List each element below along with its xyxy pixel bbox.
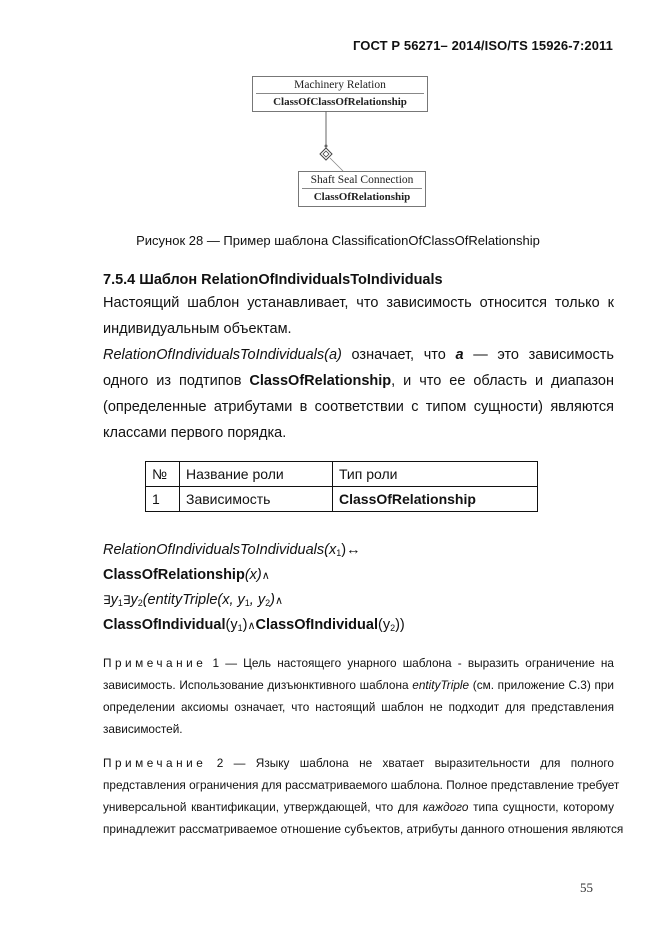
- text-line: универсальной квантификации, утверждающе…: [103, 796, 614, 818]
- table-header-row: № Название роли Тип роли: [146, 462, 538, 487]
- uml-box-shaft-seal-connection: Shaft Seal Connection ClassOfRelationshi…: [298, 171, 426, 207]
- template-name: RelationOfIndividualsToIndividuals(a): [103, 347, 342, 363]
- roles-table: № Название роли Тип роли 1 Зависимость C…: [145, 461, 538, 512]
- text-line: Примечание 2 — Языку шаблона не хватает …: [103, 752, 614, 774]
- table-cell: Зависимость: [180, 487, 333, 512]
- text-line: индивидуальным объектам.: [103, 316, 614, 342]
- text-span: одного из подтипов: [103, 373, 249, 389]
- text-span: (см. приложение С.3) при: [469, 678, 614, 692]
- text-line: Примечание 1 — Цель настоящего унарного …: [103, 652, 614, 674]
- table-header-cell: №: [146, 462, 180, 487]
- class-name: ClassOfRelationship: [103, 567, 245, 583]
- text-span: , y: [250, 592, 265, 608]
- text-span: (y: [378, 617, 390, 633]
- uml-box-type: ClassOfRelationship: [299, 189, 425, 206]
- text-span: — это зависимость: [464, 347, 614, 363]
- and-symbol: ∧: [262, 570, 270, 582]
- text-span: индивидуальным объектам.: [103, 321, 292, 337]
- paragraph-definition: RelationOfIndividualsToIndividuals(a) оз…: [103, 342, 614, 446]
- variable-a: a: [455, 347, 463, 363]
- text-span: Настоящий шаблон устанавливает, что зави…: [103, 295, 614, 311]
- text-span: )↔: [341, 542, 360, 558]
- section-heading: 7.5.4 Шаблон RelationOfIndividualsToIndi…: [103, 272, 443, 288]
- note-label: Примечание: [103, 756, 206, 770]
- table-header-cell: Тип роли: [333, 462, 538, 487]
- table-cell: ClassOfRelationship: [333, 487, 538, 512]
- text-span: y: [111, 592, 118, 608]
- note-1: Примечание 1 — Цель настоящего унарного …: [103, 652, 614, 740]
- exists-symbol: ∃: [103, 593, 111, 607]
- text-line: зависимостей.: [103, 718, 614, 740]
- formula-line-4: ClassOfIndividual(y1)∧ClassOfIndividual(…: [103, 617, 405, 633]
- text-span: y: [130, 592, 137, 608]
- note-2: Примечание 2 — Языку шаблона не хватает …: [103, 752, 614, 840]
- text-span: (entityTriple(x, y: [143, 592, 245, 608]
- class-name: ClassOfIndividual: [103, 617, 225, 633]
- text-span: — Языку шаблона не хватает выразительнос…: [223, 756, 614, 770]
- class-name: ClassOfIndividual: [256, 617, 378, 633]
- text-line: классами первого порядка.: [103, 420, 614, 446]
- formula-line-3: ∃y1∃y2(entityTriple(x, y1, y2)∧: [103, 592, 283, 608]
- text-line: принадлежит рассматриваемое отношение су…: [103, 818, 614, 840]
- text-span: , и что ее область и диапазон: [391, 373, 614, 389]
- text-line: зависимость. Использование дизъюнктивног…: [103, 674, 614, 696]
- text-span: RelationOfIndividualsToIndividuals(x: [103, 542, 336, 558]
- text-span: универсальной квантификации, утверждающе…: [103, 800, 423, 814]
- text-span: — Цель настоящего унарного шаблона - выр…: [219, 656, 614, 670]
- uml-box-name: Shaft Seal Connection: [302, 172, 422, 189]
- text-line: Настоящий шаблон устанавливает, что зави…: [103, 290, 614, 316]
- text-span: означает, что: [342, 347, 456, 363]
- text-span: (y: [225, 617, 237, 633]
- class-name: ClassOfRelationship: [249, 373, 391, 389]
- note-label: Примечание: [103, 656, 206, 670]
- paragraph-intro: Настоящий шаблон устанавливает, что зави…: [103, 290, 614, 342]
- table-cell: 1: [146, 487, 180, 512]
- text-span: )): [395, 617, 405, 633]
- page-number: 55: [580, 880, 593, 896]
- text-line: определении аксиомы означает, что настоя…: [103, 696, 614, 718]
- formula-line-1: RelationOfIndividualsToIndividuals(x1)↔: [103, 542, 361, 558]
- table-header-cell: Название роли: [180, 462, 333, 487]
- and-symbol: ∧: [275, 595, 283, 607]
- text-span: каждого: [423, 800, 469, 814]
- formula-line-2: ClassOfRelationship(x)∧: [103, 567, 270, 583]
- figure-caption: Рисунок 28 — Пример шаблона Classificati…: [0, 233, 661, 248]
- text-span: зависимость. Использование дизъюнктивног…: [103, 678, 412, 692]
- text-span: (x): [245, 567, 262, 583]
- text-line: одного из подтипов ClassOfRelationship, …: [103, 368, 614, 394]
- text-line: (определенные атрибутами в соответствии …: [103, 394, 614, 420]
- and-symbol: ∧: [247, 620, 255, 632]
- text-line: RelationOfIndividualsToIndividuals(a) оз…: [103, 342, 614, 368]
- text-line: представления ограничения для рассматрив…: [103, 774, 614, 796]
- text-span: типа сущности, которому: [468, 800, 614, 814]
- table-row: 1 Зависимость ClassOfRelationship: [146, 487, 538, 512]
- template-name: entityTriple: [412, 678, 469, 692]
